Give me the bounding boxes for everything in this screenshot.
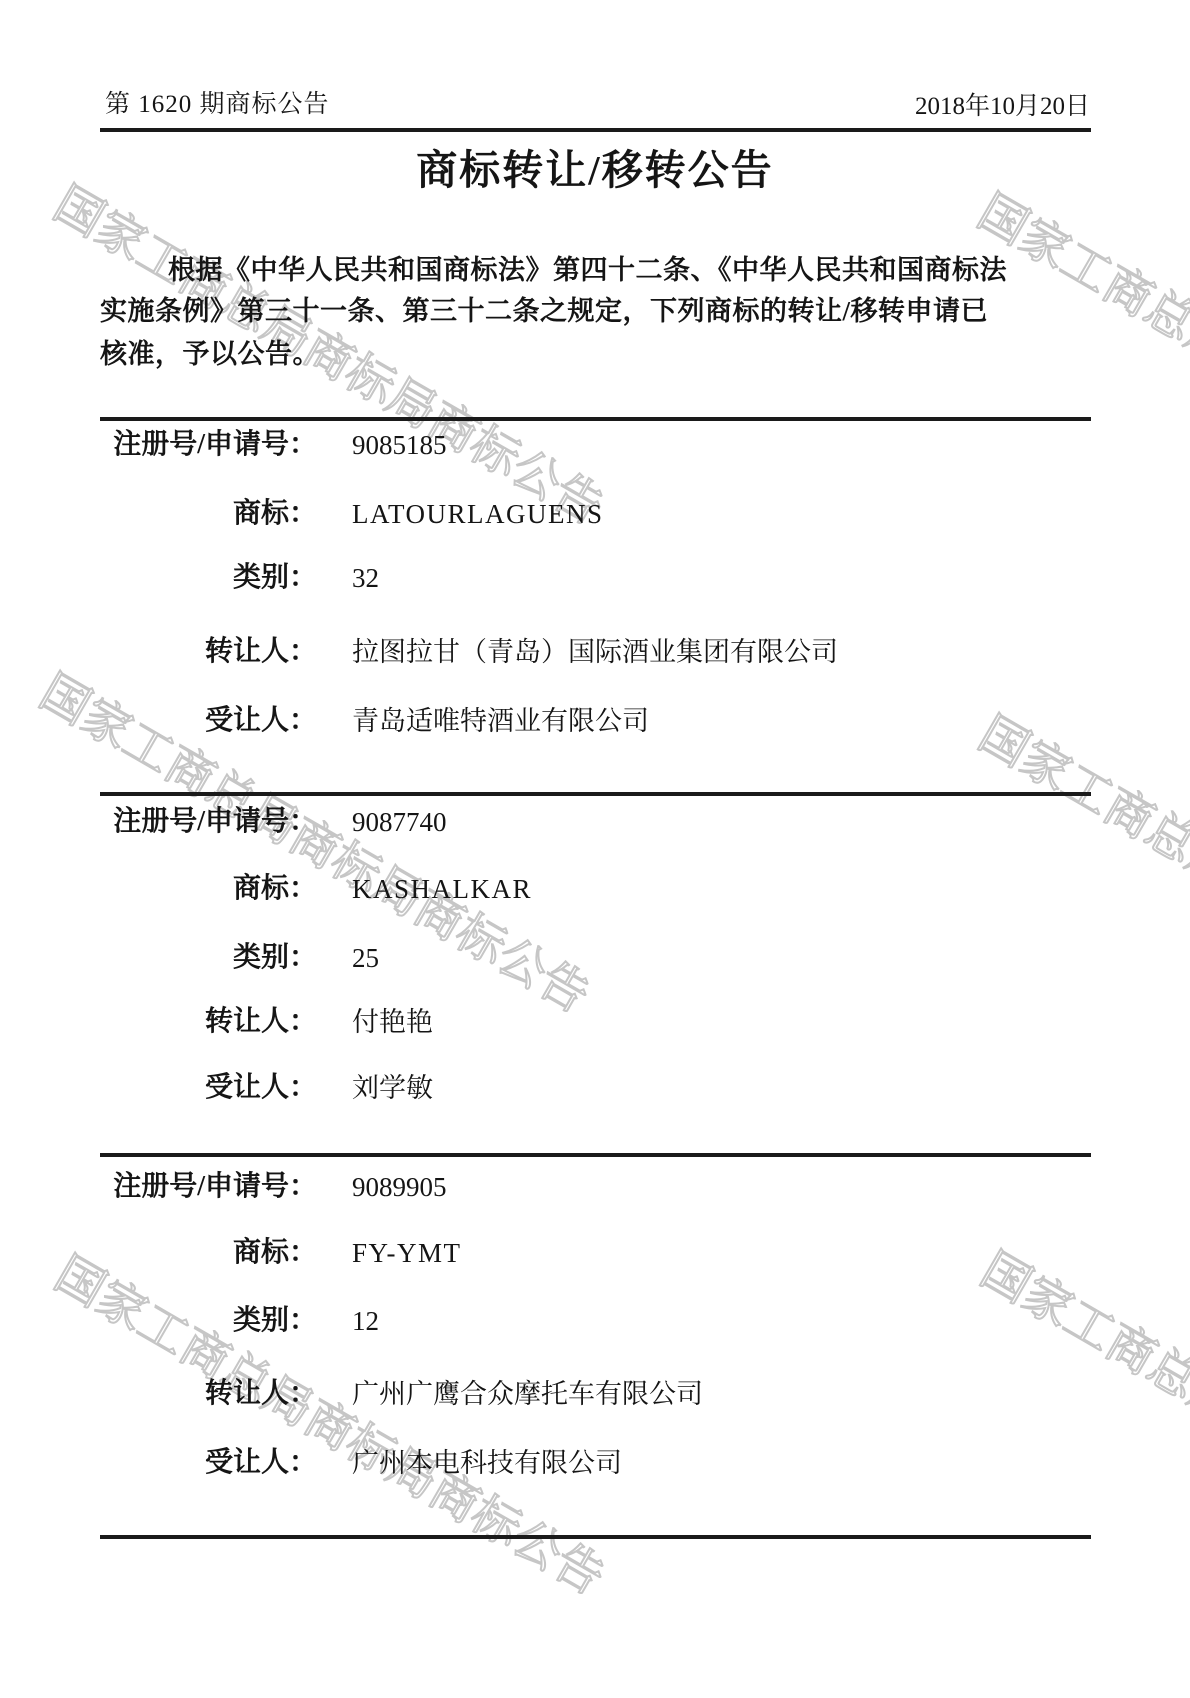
field-label-class: 类别：: [100, 1303, 317, 1339]
field-label-trademark: 商标：: [100, 1235, 317, 1271]
field-value-assignee: 刘学敏: [352, 1070, 433, 1106]
field-value-assignor: 拉图拉甘（青岛）国际酒业集团有限公司: [352, 634, 838, 670]
record-divider: [100, 417, 1091, 421]
field-label-reg-no: 注册号/申请号：: [100, 1169, 317, 1205]
intro-line-3: 核准，予以公告。: [100, 334, 320, 374]
field-value-class: 12: [352, 1303, 379, 1339]
gazette-page: 国家工商总局商标局商标公告 国家工商总局商标局商标公告 国家工商总局商标局商标公…: [0, 0, 1190, 1698]
page-title: 商标转让/移转公告: [0, 146, 1190, 194]
page-content: 第 1620 期商标公告 2018年10月20日 商标转让/移转公告 根据《中华…: [0, 0, 1190, 1698]
header-rule: [100, 128, 1091, 132]
field-value-reg-no: 9087740: [352, 804, 447, 840]
field-label-assignor: 转让人：: [100, 634, 317, 670]
intro-line-1: 根据《中华人民共和国商标法》第四十二条、《中华人民共和国商标法: [168, 250, 1007, 290]
field-label-assignee: 受让人：: [100, 703, 317, 739]
field-value-reg-no: 9089905: [352, 1169, 447, 1205]
field-label-assignor: 转让人：: [100, 1376, 317, 1412]
intro-line-2: 实施条例》第三十一条、第三十二条之规定，下列商标的转让/移转申请已: [100, 291, 988, 331]
field-label-reg-no: 注册号/申请号：: [100, 804, 317, 840]
field-value-trademark: LATOURLAGUENS: [352, 496, 604, 532]
field-value-trademark: KASHALKAR: [352, 871, 532, 907]
field-label-assignee: 受让人：: [100, 1070, 317, 1106]
field-label-reg-no: 注册号/申请号：: [100, 427, 317, 463]
field-value-assignee: 广州本电科技有限公司: [352, 1445, 622, 1481]
field-value-class: 32: [352, 560, 379, 596]
field-label-trademark: 商标：: [100, 871, 317, 907]
field-value-assignor: 广州广鹰合众摩托车有限公司: [352, 1376, 703, 1412]
field-value-class: 25: [352, 940, 379, 976]
field-value-trademark: FY-YMT: [352, 1235, 462, 1271]
field-label-assignor: 转让人：: [100, 1004, 317, 1040]
field-label-class: 类别：: [100, 560, 317, 596]
header-date: 2018年10月20日: [915, 92, 1090, 122]
field-value-assignee: 青岛适唯特酒业有限公司: [352, 703, 649, 739]
field-value-assignor: 付艳艳: [352, 1004, 433, 1040]
bottom-rule: [100, 1535, 1091, 1539]
field-value-reg-no: 9085185: [352, 427, 447, 463]
field-label-assignee: 受让人：: [100, 1445, 317, 1481]
field-label-class: 类别：: [100, 940, 317, 976]
header-issue-number: 第 1620 期商标公告: [105, 90, 330, 120]
record-divider: [100, 1153, 1091, 1157]
field-label-trademark: 商标：: [100, 496, 317, 532]
record-divider: [100, 792, 1091, 796]
